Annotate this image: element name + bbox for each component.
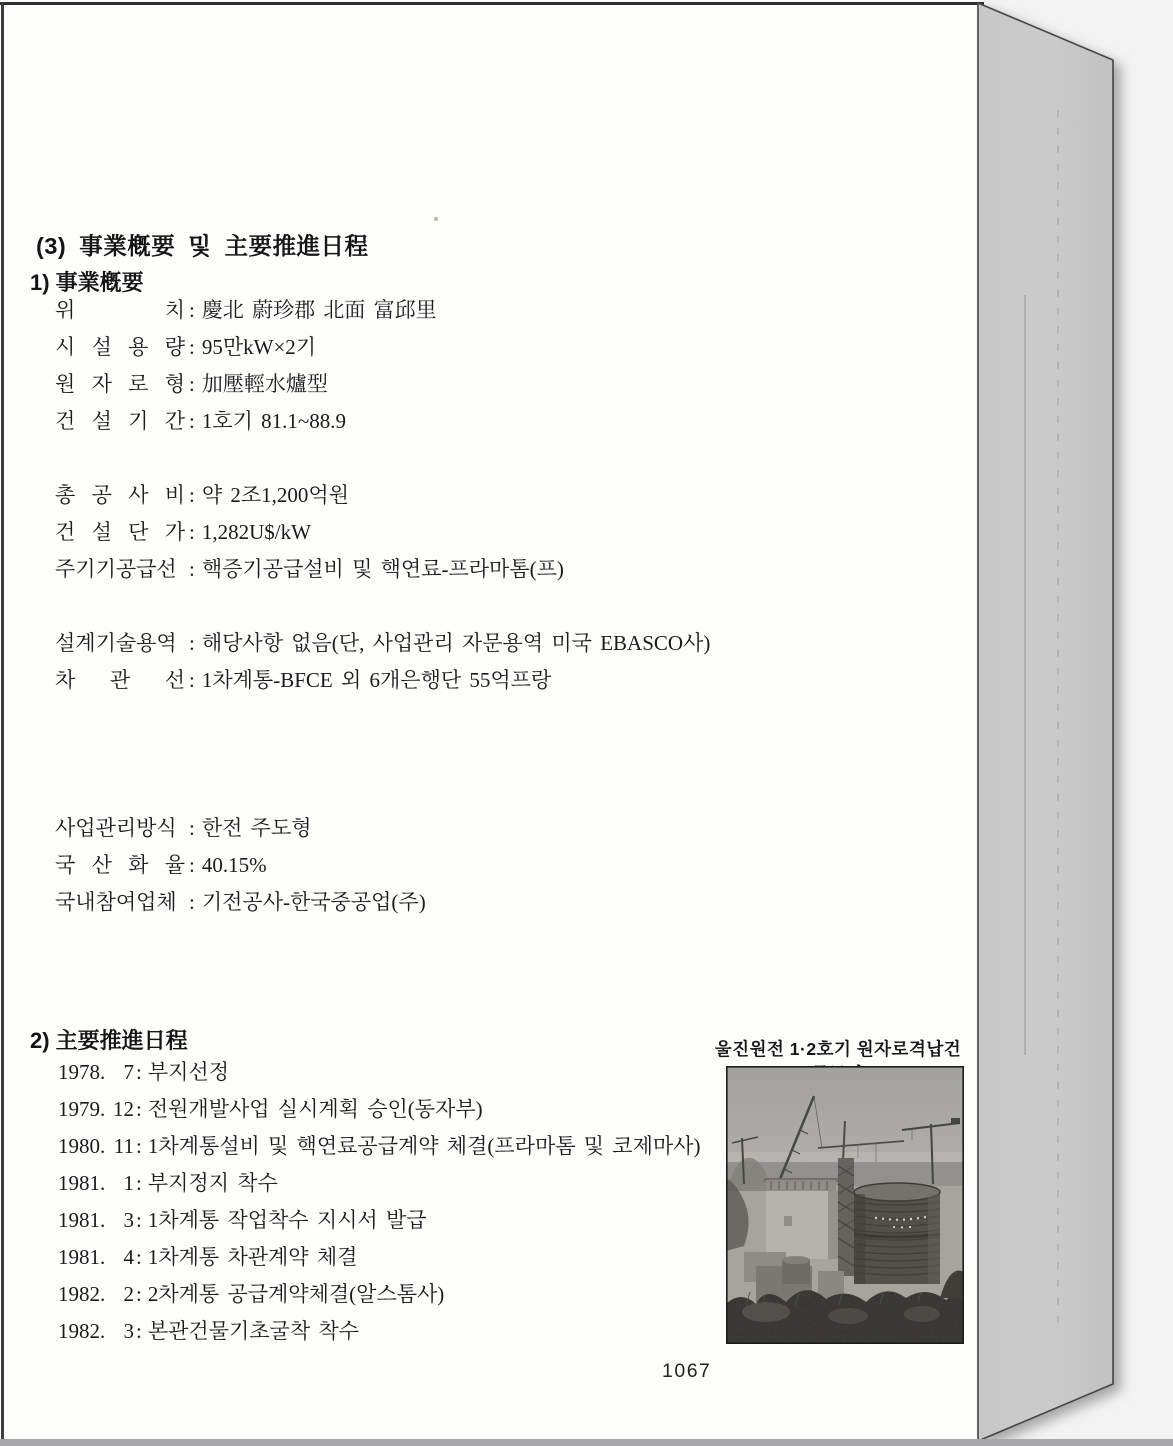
- schedule-description: 전원개발사업 실시계획 승인(동자부): [148, 1097, 483, 1121]
- overview-item: 건 설 기 간:1호기 81.1~88.9: [55, 403, 815, 477]
- overview-item-key: 국내참여업체: [55, 884, 185, 921]
- overview-item-colon: :: [189, 520, 195, 544]
- schedule-description: 본관건물기초굴착 착수: [148, 1319, 359, 1343]
- overview-continuation-line: [55, 921, 815, 958]
- schedule-month: 1: [108, 1165, 134, 1202]
- overview-item-colon: :: [189, 557, 195, 581]
- overview-item-main: 국 산 화 율:40.15%: [55, 847, 815, 884]
- schedule-description: 1차계통 차관계약 체결: [148, 1245, 358, 1269]
- schedule-item: 1980.11:1차계통설비 및 핵연료공급계약 체결(프라마톰 및 코제마사): [58, 1128, 718, 1165]
- page-number: 1067: [662, 1360, 711, 1383]
- overview-item-colon: :: [189, 668, 195, 692]
- overview-item: 설계기술용역:해당사항 없음(단, 사업관리 자문용역 미국 EBASCO사): [55, 625, 815, 662]
- schedule-description: 부지선정: [148, 1060, 229, 1084]
- schedule-description: 2차계통 공급계약체결(알스톰사): [148, 1282, 444, 1306]
- overview-item: 주기기공급선:핵증기공급설비 및 핵연료-프라마톰(프): [55, 551, 815, 625]
- overview-item: 총 공 사 비:약 2조1,200억원: [55, 477, 815, 514]
- schedule-list: 1978.7:부지선정1979.12:전원개발사업 실시계획 승인(동자부)19…: [58, 1054, 718, 1350]
- overview-item-value: 한전 주도형: [202, 816, 312, 840]
- overview-item-main: 설계기술용역:해당사항 없음(단, 사업관리 자문용역 미국 EBASCO사): [55, 625, 815, 662]
- intro-line: [33, 76, 811, 112]
- overview-item-main: 주기기공급선:핵증기공급설비 및 핵연료-프라마톰(프): [55, 551, 815, 588]
- overview-item-colon: :: [189, 409, 195, 433]
- schedule-colon: :: [136, 1245, 142, 1269]
- schedule-year: 1981.: [58, 1239, 108, 1276]
- scan-border-left: [1, 2, 4, 1442]
- schedule-colon: :: [136, 1134, 142, 1158]
- intro-paragraph: [33, 76, 811, 183]
- overview-continuation-line: [55, 736, 815, 773]
- overview-continuation-line: [55, 958, 815, 995]
- overview-item-continuations: [55, 921, 815, 1032]
- overview-item: 건 설 단 가:1,282U$/kW: [55, 514, 815, 551]
- overview-item-main: 원 자 로 형:加壓輕水爐型: [55, 366, 815, 403]
- overview-item-value: 加壓輕水爐型: [202, 372, 328, 396]
- overview-item-colon: :: [189, 631, 195, 655]
- overview-item-key: 주기기공급선: [55, 551, 185, 588]
- overview-continuation-line: [55, 699, 815, 736]
- schedule-month: 12: [108, 1091, 134, 1128]
- overview-item-main: 시 설 용 량:95만kW×2기: [55, 329, 815, 366]
- schedule-colon: :: [136, 1319, 142, 1343]
- overview-item-key: 건 설 단 가: [55, 514, 185, 551]
- photo-grain: [726, 1066, 964, 1344]
- schedule-year: 1982.: [58, 1313, 108, 1350]
- overview-item-continuations: [55, 588, 815, 625]
- overview-item-value: 1차계통-BFCE 외 6개은행단 55억프랑: [202, 668, 551, 692]
- overview-item-main: 위 치:慶北 蔚珍郡 北面 富邱里: [55, 292, 815, 329]
- schedule-colon: :: [136, 1097, 142, 1121]
- overview-item-key: 위 치: [55, 292, 185, 329]
- overview-continuation-line: [55, 773, 815, 810]
- overview-item-continuations: [55, 699, 815, 810]
- overview-item-continuations: [55, 440, 815, 477]
- overview-item-key: 시 설 용 량: [55, 329, 185, 366]
- overview-item-value: 1호기 81.1~88.9: [202, 409, 346, 433]
- schedule-month: 4: [108, 1239, 134, 1276]
- book-page-edge: [976, 0, 1136, 1446]
- overview-item-colon: :: [189, 483, 195, 507]
- schedule-description: 부지정지 착수: [148, 1171, 278, 1195]
- schedule-month: 2: [108, 1276, 134, 1313]
- overview-item-main: 사업관리방식:한전 주도형: [55, 810, 815, 847]
- overview-item-key: 원 자 로 형: [55, 366, 185, 403]
- schedule-month: 11: [108, 1128, 134, 1165]
- schedule-description: 1차계통설비 및 핵연료공급계약 체결(프라마톰 및 코제마사): [148, 1134, 701, 1158]
- overview-item: 차 관 선:1차계통-BFCE 외 6개은행단 55억프랑: [55, 662, 815, 810]
- schedule-colon: :: [136, 1060, 142, 1084]
- schedule-year: 1981.: [58, 1165, 108, 1202]
- overview-item: 사업관리방식:한전 주도형: [55, 810, 815, 847]
- schedule-colon: :: [136, 1208, 142, 1232]
- section-title: (3) 事業槪要 및 主要推進日程: [36, 227, 369, 261]
- schedule-item: 1982.3:본관건물기초굴착 착수: [58, 1313, 718, 1350]
- overview-item-main: 건 설 단 가:1,282U$/kW: [55, 514, 815, 551]
- schedule-month: 3: [108, 1202, 134, 1239]
- schedule-item: 1981.1:부지정지 착수: [58, 1165, 718, 1202]
- overview-item-value: 핵증기공급설비 및 핵연료-프라마톰(프): [202, 557, 564, 581]
- schedule-month: 3: [108, 1313, 134, 1350]
- schedule-item: 1981.4:1차계통 차관계약 체결: [58, 1239, 718, 1276]
- overview-item-value: 기전공사-한국중공업(주): [202, 890, 426, 914]
- schedule-year: 1981.: [58, 1202, 108, 1239]
- overview-item-colon: :: [189, 853, 195, 877]
- schedule-item: 1982.2:2차계통 공급계약체결(알스톰사): [58, 1276, 718, 1313]
- overview-item-colon: :: [189, 335, 195, 359]
- dust-speck: [434, 217, 438, 221]
- overview-item-main: 차 관 선:1차계통-BFCE 외 6개은행단 55억프랑: [55, 662, 815, 699]
- schedule-description: 1차계통 작업착수 지시서 발급: [148, 1208, 427, 1232]
- overview-item-value: 약 2조1,200억원: [202, 483, 349, 507]
- overview-item-key: 총 공 사 비: [55, 477, 185, 514]
- overview-item: 국내참여업체:기전공사-한국중공업(주): [55, 884, 815, 1032]
- overview-item-key: 국 산 화 율: [55, 847, 185, 884]
- schedule-item: 1978.7:부지선정: [58, 1054, 718, 1091]
- overview-continuation-line: [55, 588, 815, 625]
- schedule-colon: :: [136, 1171, 142, 1195]
- overview-item-value: 1,282U$/kW: [202, 520, 311, 544]
- overview-item-colon: :: [189, 298, 195, 322]
- overview-item-value: 慶北 蔚珍郡 北面 富邱里: [202, 298, 437, 322]
- overview-item-colon: :: [189, 890, 195, 914]
- schedule-colon: :: [136, 1282, 142, 1306]
- overview-item: 국 산 화 율:40.15%: [55, 847, 815, 884]
- schedule-year: 1980.: [58, 1128, 108, 1165]
- overview-continuation-line: [55, 440, 815, 477]
- schedule-item: 1981.3:1차계통 작업착수 지시서 발급: [58, 1202, 718, 1239]
- schedule-year: 1979.: [58, 1091, 108, 1128]
- intro-line: [33, 147, 811, 183]
- scan-border-top: [0, 2, 984, 5]
- overview-item-colon: :: [189, 816, 195, 840]
- overview-item-value: 해당사항 없음(단, 사업관리 자문용역 미국 EBASCO사): [202, 631, 711, 655]
- overview-item-key: 설계기술용역: [55, 625, 185, 662]
- schedule-year: 1978.: [58, 1054, 108, 1091]
- scan-strip-bottom: [0, 1439, 1173, 1446]
- schedule-month: 7: [108, 1054, 134, 1091]
- intro-line: [33, 112, 811, 148]
- overview-item: 원 자 로 형:加壓輕水爐型: [55, 366, 815, 403]
- construction-photo: [726, 1066, 964, 1344]
- schedule-year: 1982.: [58, 1276, 108, 1313]
- overview-item-value: 40.15%: [202, 853, 267, 877]
- overview-item-main: 총 공 사 비:약 2조1,200억원: [55, 477, 815, 514]
- schedule-item: 1979.12:전원개발사업 실시계획 승인(동자부): [58, 1091, 718, 1128]
- overview-item-key: 차 관 선: [55, 662, 185, 699]
- overview-item-main: 국내참여업체:기전공사-한국중공업(주): [55, 884, 815, 921]
- schedule-title: 2) 主要推進日程: [30, 1024, 188, 1055]
- overview-item-value: 95만kW×2기: [202, 335, 316, 359]
- overview-item: 시 설 용 량:95만kW×2기: [55, 329, 815, 366]
- overview-item-main: 건 설 기 간:1호기 81.1~88.9: [55, 403, 815, 440]
- overview-item-key: 사업관리방식: [55, 810, 185, 847]
- overview-item-key: 건 설 기 간: [55, 403, 185, 440]
- overview-item: 위 치:慶北 蔚珍郡 北面 富邱里: [55, 292, 815, 329]
- overview-list: 위 치:慶北 蔚珍郡 北面 富邱里 시 설 용 량:95만kW×2기 원 자 로…: [55, 292, 815, 1032]
- overview-item-colon: :: [189, 372, 195, 396]
